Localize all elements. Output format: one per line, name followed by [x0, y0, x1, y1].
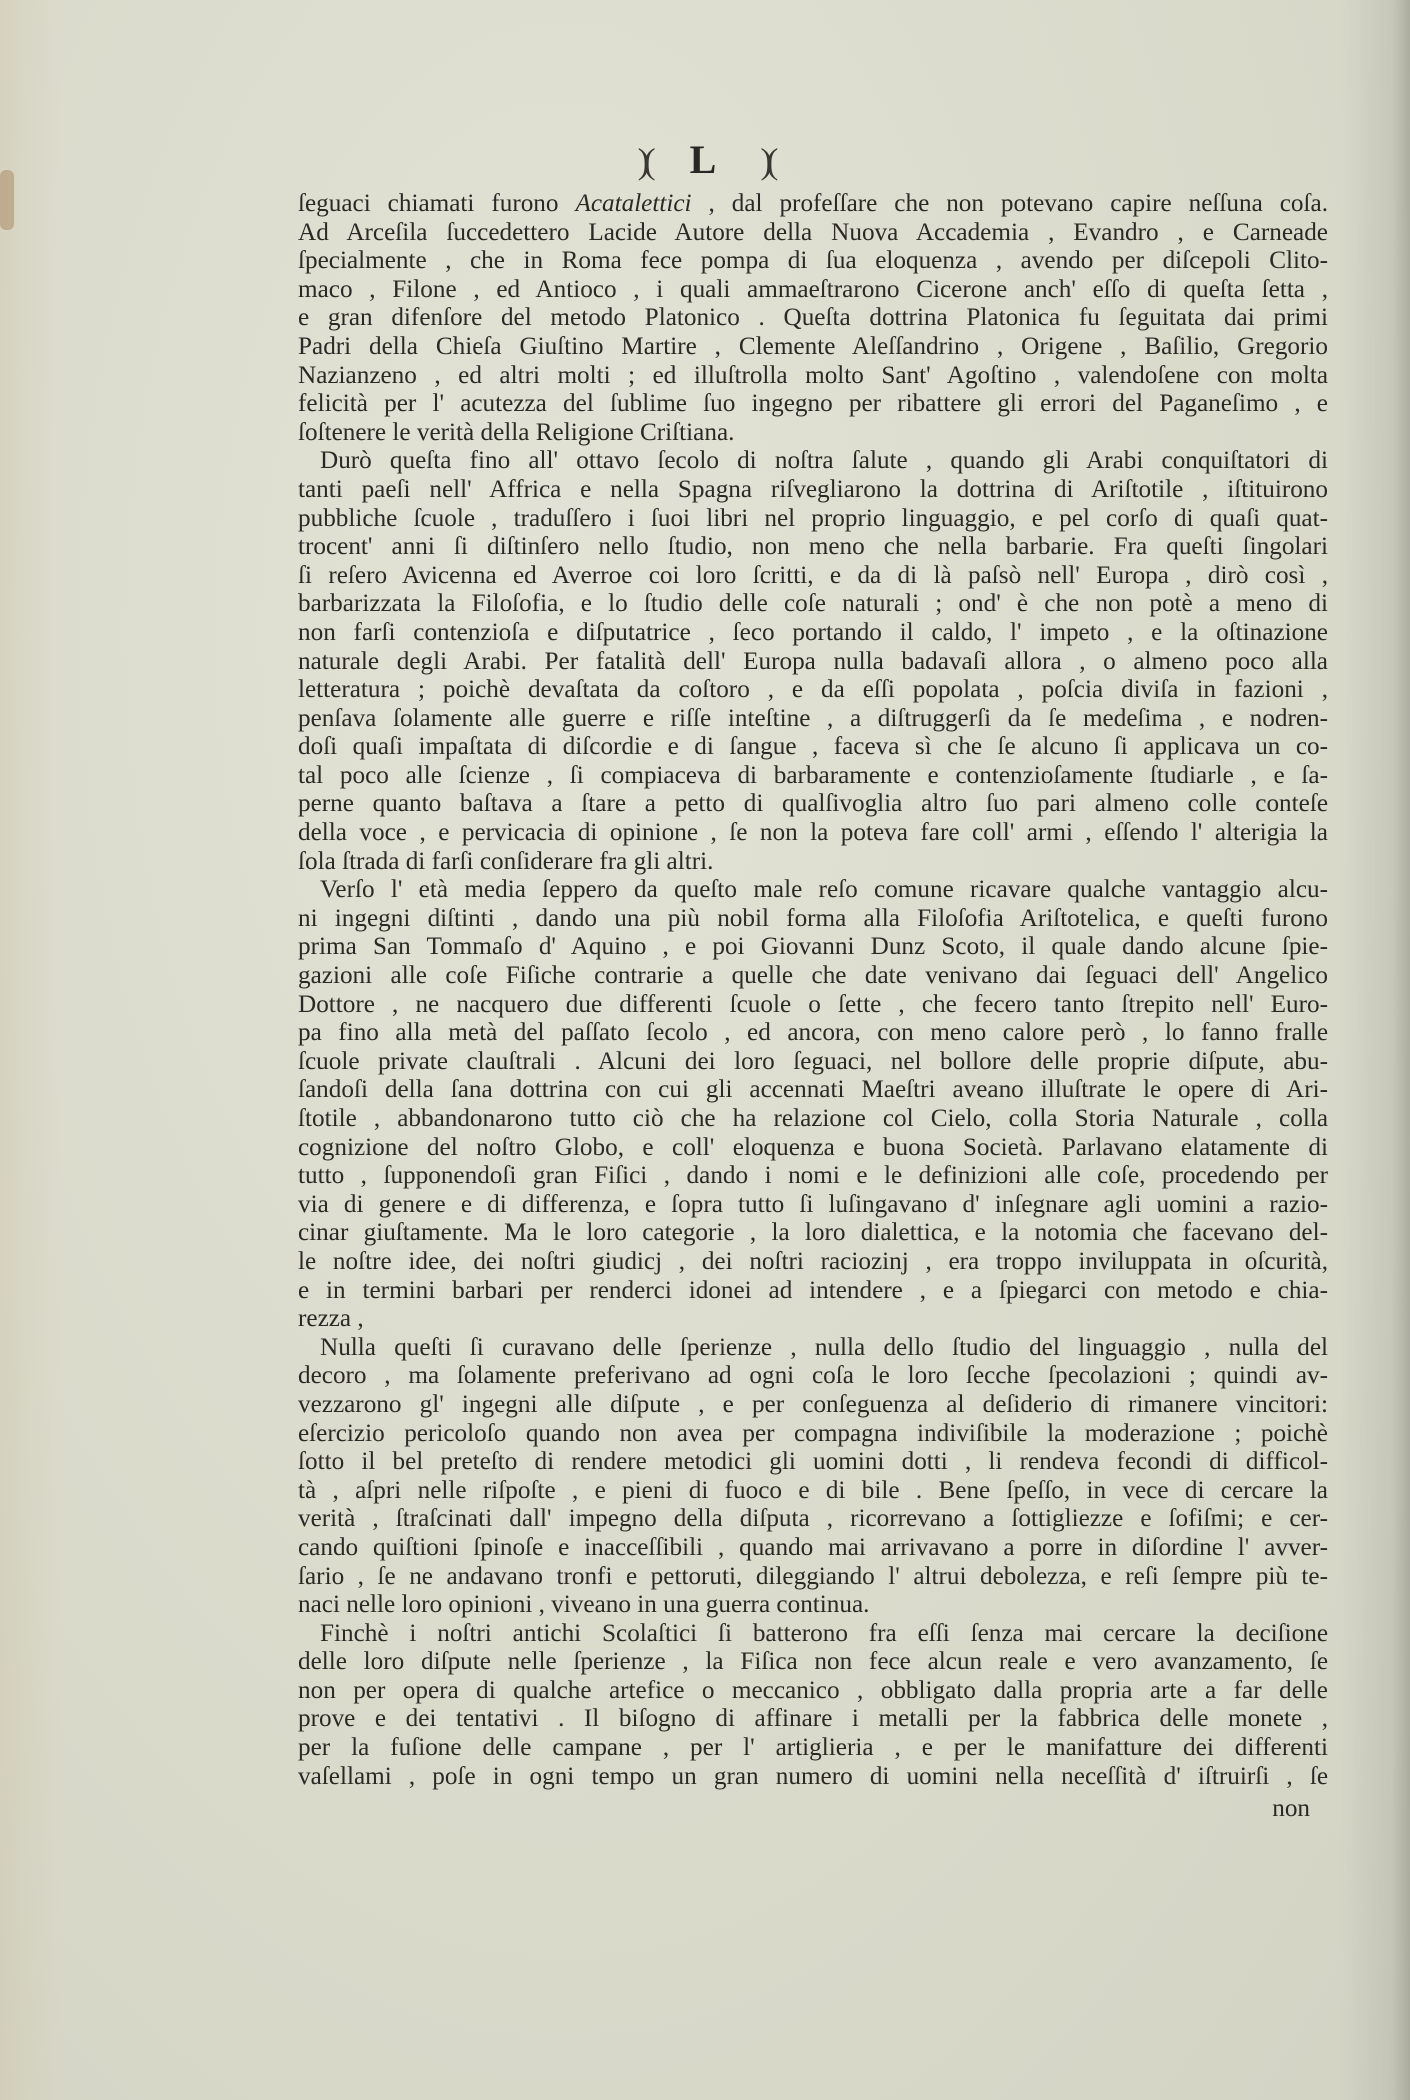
text-line: ſario , ſe ne andavano tronfi e pettorut… [298, 1563, 1328, 1592]
text-line: ſoſtenere le verità della Religione Criſ… [298, 419, 1328, 448]
text-line: doſi quaſi impaſtata di diſcordie e di ſ… [298, 733, 1328, 762]
text-line: cinar giuſtamente. Ma le loro categorie … [298, 1219, 1328, 1248]
text-line: e gran difenſore del metodo Platonico . … [298, 304, 1328, 333]
right-ornament: )( [760, 141, 772, 181]
text-line: pubbliche ſcuole , traduſſero i ſuoi lib… [298, 505, 1328, 534]
text-line: ni ingegni diſtinti , dando una più nobi… [298, 905, 1328, 934]
text-line: della voce , e pervicacia di opinione , … [298, 819, 1328, 848]
text-line: gazioni alle coſe Fiſiche contrarie a qu… [298, 962, 1328, 991]
paragraph: Finchè i noſtri antichi Scolaſtici ſi ba… [298, 1620, 1328, 1792]
text-line: verità , ſtraſcinati dall' impegno della… [298, 1505, 1328, 1534]
text-line: letteratura ; poichè devaſtata da coſtor… [298, 676, 1328, 705]
text-line: ſeguaci chiamati furono Acatalettici , d… [298, 190, 1328, 219]
text-line: prima San Tommaſo d' Aquino , e poi Giov… [298, 933, 1328, 962]
text-line: eſercizio pericoloſo quando non avea per… [298, 1420, 1328, 1449]
text-line: tutto , ſupponendoſi gran Fiſici , dando… [298, 1162, 1328, 1191]
text-line: Dottore , ne nacquero due differenti ſcu… [298, 991, 1328, 1020]
text-line: cognizione del noſtro Globo, e coll' elo… [298, 1134, 1328, 1163]
text-line: ſcuole private clauſtrali . Alcuni dei l… [298, 1048, 1328, 1077]
body-text: ſeguaci chiamati furono Acatalettici , d… [298, 190, 1328, 1824]
text-line: ſtotile , abbandonarono tutto ciò che ha… [298, 1105, 1328, 1134]
text-line: decoro , ma ſolamente preferivano ad ogn… [298, 1362, 1328, 1391]
text-line: cando quiſtioni ſpinoſe e inacceſſibili … [298, 1534, 1328, 1563]
text-line: ſotto il bel preteſto di rendere metodic… [298, 1448, 1328, 1477]
text-line: Nazianzeno , ed altri molti ; ed illuſtr… [298, 362, 1328, 391]
text-line: Durò queſta fino all' ottavo ſecolo di n… [298, 447, 1328, 476]
text-line: Verſo l' età media ſeppero da queſto mal… [298, 876, 1328, 905]
book-page: )( L )( ſeguaci chiamati furono Acatalet… [0, 0, 1410, 2100]
left-ornament: )( [638, 141, 650, 181]
text-line: e in termini barbari per renderci idonei… [298, 1277, 1328, 1306]
text-line: via di genere e di differenza, e ſopra t… [298, 1191, 1328, 1220]
text-line: non per opera di qualche artefice o mecc… [298, 1677, 1328, 1706]
page-header: )( L )( [0, 136, 1410, 183]
catchword: non [298, 1795, 1328, 1824]
paragraph: Nulla queſti ſi curavano delle ſperienze… [298, 1334, 1328, 1620]
text-line: felicità per l' acutezza del ſublime ſuo… [298, 390, 1328, 419]
text-line: trocent' anni ſi diſtinſero nello ſtudio… [298, 533, 1328, 562]
text-line: rezza , [298, 1305, 1328, 1334]
text-line: prove e dei tentativi . Il biſogno di af… [298, 1705, 1328, 1734]
text-line: tal poco alle ſcienze , ſi compiaceva di… [298, 762, 1328, 791]
text-line: Nulla queſti ſi curavano delle ſperienze… [298, 1334, 1328, 1363]
text-line: tà , aſpri nelle riſpoſte , e pieni di f… [298, 1477, 1328, 1506]
text-line: naci nelle loro opinioni , viveano in un… [298, 1591, 1328, 1620]
text-line: naturale degli Arabi. Per fatalità dell'… [298, 648, 1328, 677]
text-line: ſpecialmente , che in Roma fece pompa di… [298, 247, 1328, 276]
text-line: per la fuſione delle campane , per l' ar… [298, 1734, 1328, 1763]
text-line: ſi reſero Avicenna ed Averroe coi loro ſ… [298, 562, 1328, 591]
text-line: non farſi contenzioſa e diſputatrice , ſ… [298, 619, 1328, 648]
text-line: perne quanto baſtava a ſtare a petto di … [298, 790, 1328, 819]
italic-term: Acatalettici [575, 190, 691, 217]
text-line: vezzarono gl' ingegni alle diſpute , e p… [298, 1391, 1328, 1420]
text-line: maco , Filone , ed Antioco , i quali amm… [298, 276, 1328, 305]
page-numeral: L [690, 137, 721, 182]
text-line: ſola ſtrada di farſi conſiderare fra gli… [298, 848, 1328, 877]
text-line: penſava ſolamente alle guerre e riſſe in… [298, 705, 1328, 734]
text-line: vaſellami , poſe in ogni tempo un gran n… [298, 1763, 1328, 1792]
paragraph: Durò queſta fino all' ottavo ſecolo di n… [298, 447, 1328, 876]
text-line: tanti paeſi nell' Affrica e nella Spagna… [298, 476, 1328, 505]
text-line: le noſtre idee, dei noſtri giudicj , dei… [298, 1248, 1328, 1277]
text-line: Finchè i noſtri antichi Scolaſtici ſi ba… [298, 1620, 1328, 1649]
text-line: Ad Arceſila ſuccedettero Lacide Autore d… [298, 219, 1328, 248]
text-line: ſandoſi della ſana dottrina con cui gli … [298, 1076, 1328, 1105]
paragraph: Verſo l' età media ſeppero da queſto mal… [298, 876, 1328, 1334]
paragraph: ſeguaci chiamati furono Acatalettici , d… [298, 190, 1328, 447]
text-line: Padri della Chieſa Giuſtino Martire , Cl… [298, 333, 1328, 362]
text-line: pa fino alla metà del paſſato ſecolo , e… [298, 1019, 1328, 1048]
text-line: delle loro diſpute nelle ſperienze , la … [298, 1648, 1328, 1677]
text-line: barbarizzata la Filoſofia, e lo ſtudio d… [298, 590, 1328, 619]
